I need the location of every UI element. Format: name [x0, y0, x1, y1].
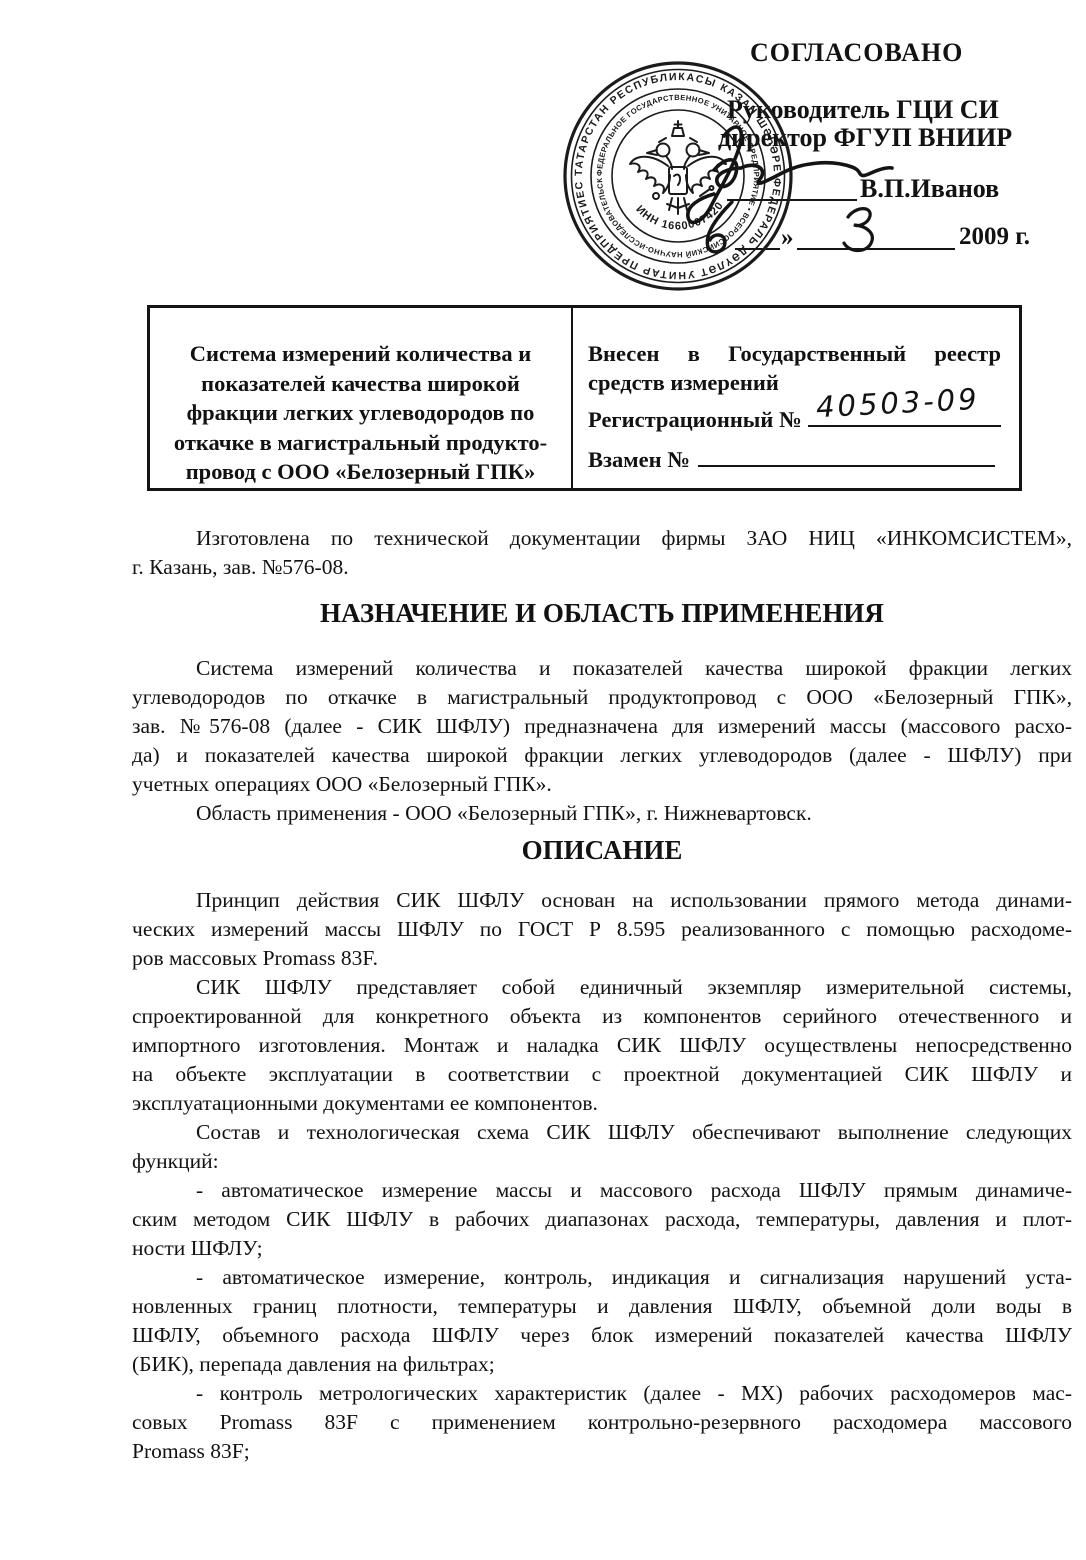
replaces-label: Взамен №	[588, 445, 690, 474]
text-line: эксплуатационными документами ее компоне…	[132, 1089, 1072, 1118]
text-line: ности ШФЛУ;	[132, 1234, 1072, 1263]
text-line: спроектированной для конкретного объекта…	[132, 1002, 1072, 1031]
text-line: импортного изготовления. Монтаж и наладк…	[132, 1031, 1072, 1060]
document-body: Изготовлена по технической документации …	[132, 524, 1072, 1466]
text-line: - автоматическое измерение массы и массо…	[132, 1176, 1072, 1205]
text-line: углеводородов по откачке в магистральный…	[132, 683, 1072, 712]
replaces-row: Взамен №	[588, 441, 1001, 474]
section-heading-description: ОПИСАНИЕ	[132, 835, 1072, 865]
purpose-paragraphs: Система измерений количества и показател…	[132, 654, 1072, 828]
text-line: функций:	[132, 1147, 1072, 1176]
paragraph: Состав и технологическая схема СИК ШФЛУ …	[132, 1118, 1072, 1176]
registration-number-label: Регистрационный №	[588, 405, 802, 434]
text-line: - контроль метрологических характеристик…	[132, 1379, 1072, 1408]
text-line: (БИК), перепада давления на фильтрах;	[132, 1350, 1072, 1379]
date-year: 2009 г.	[959, 223, 1030, 251]
description-paragraphs: Принцип действия СИК ШФЛУ основан на исп…	[132, 886, 1072, 1466]
text-line: совых Promass 83F с применением контроль…	[132, 1408, 1072, 1437]
text-line: зав. №576-08 (далее - СИК ШФЛУ) предназн…	[132, 712, 1072, 741]
registration-number-handwritten: 40503-09	[815, 385, 980, 423]
text-line: ческих измерений массы ШФЛУ по ГОСТ Р 8.…	[132, 915, 1072, 944]
paragraph: Изготовлена по технической документации …	[132, 524, 1072, 582]
title-line: Система измерений количества и	[150, 339, 571, 369]
paragraph: - контроль метрологических характеристик…	[132, 1379, 1072, 1466]
paragraph: Область применения - ООО «Белозерный ГПК…	[132, 799, 1072, 828]
text-line: г. Казань, зав. №576-08.	[132, 553, 1072, 582]
title-table: Система измерений количества ипоказателе…	[147, 305, 1022, 491]
title-line: показателей качества широкой	[150, 369, 571, 399]
system-title-cell: Система измерений количества ипоказателе…	[150, 308, 573, 488]
registry-entry-line1: Внесен в Государственный реестр	[588, 339, 1001, 368]
title-line: фракции легких углеводородов по	[150, 398, 571, 428]
text-line: Система измерений количества и показател…	[132, 654, 1072, 683]
text-line: да) и показателей качества широкой фракц…	[132, 741, 1072, 770]
text-line: Изготовлена по технической документации …	[132, 524, 1072, 553]
text-line: Состав и технологическая схема СИК ШФЛУ …	[132, 1118, 1072, 1147]
text-line: - автоматическое измерение, контроль, ин…	[132, 1263, 1072, 1292]
paragraph: Система измерений количества и показател…	[132, 654, 1072, 799]
text-line: СИК ШФЛУ представляет собой единичный эк…	[132, 973, 1072, 1002]
registration-number-row: Регистрационный № 40503-09	[588, 397, 1001, 433]
text-line: ШФЛУ, объемного расхода ШФЛУ через блок …	[132, 1321, 1072, 1350]
paragraph: Принцип действия СИК ШФЛУ основан на исп…	[132, 886, 1072, 973]
section-heading-purpose: НАЗНАЧЕНИЕ И ОБЛАСТЬ ПРИМЕНЕНИЯ	[132, 598, 1072, 628]
paragraph: - автоматическое измерение, контроль, ин…	[132, 1263, 1072, 1379]
text-line: новленных границ плотности, температуры …	[132, 1292, 1072, 1321]
text-line: ров массовых Promass 83F.	[132, 944, 1072, 973]
document-page: { "page": { "ink_color": "#121212", "bac…	[0, 0, 1086, 1560]
text-line: Принцип действия СИК ШФЛУ основан на исп…	[132, 886, 1072, 915]
replaces-number-line	[698, 441, 995, 467]
registration-number-line: 40503-09	[808, 397, 1001, 427]
intro-paragraphs: Изготовлена по технической документации …	[132, 524, 1072, 582]
handwritten-day-mark	[686, 196, 748, 256]
text-line: Promass 83F;	[132, 1437, 1072, 1466]
title-line: откачке в магистральный продукто-	[150, 428, 571, 458]
paragraph: СИК ШФЛУ представляет собой единичный эк…	[132, 973, 1072, 1118]
handwritten-month-mark	[836, 203, 894, 255]
text-line: на объекте эксплуатации в соответствии с…	[132, 1060, 1072, 1089]
text-line: ским методом СИК ШФЛУ в рабочих диапазон…	[132, 1205, 1072, 1234]
paragraph: - автоматическое измерение массы и массо…	[132, 1176, 1072, 1263]
title-line: провод с ООО «Белозерный ГПК»	[150, 457, 571, 487]
text-line: учетных операциях ООО «Белозерный ГПК».	[132, 770, 1072, 799]
text-line: Область применения - ООО «Белозерный ГПК…	[132, 799, 1072, 828]
registry-cell: Внесен в Государственный реестр средств …	[573, 308, 1019, 488]
